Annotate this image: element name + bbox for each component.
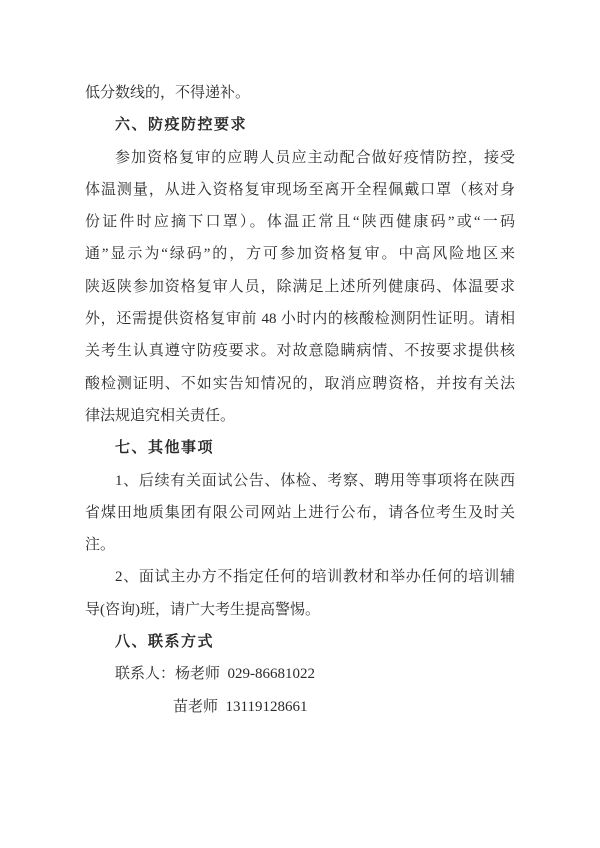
text-line: 导(咨询)班，请广大考生提高警惕。: [85, 594, 515, 626]
text-line-carryover: 低分数线的，不得递补。: [85, 77, 515, 109]
section-heading-contact-info: 八、联系方式: [85, 626, 515, 658]
text-line: 注。: [85, 529, 515, 561]
document-content: 低分数线的，不得递补。 六、防疫防控要求 参加资格复审的应聘人员应主动配合做好疫…: [85, 77, 515, 723]
text-line: 陕返陕参加资格复审人员，除满足上述所列健康码、体温要求: [85, 271, 515, 303]
text-line: 律法规追究相关责任。: [85, 400, 515, 432]
section-heading-epidemic-prevention: 六、防疫防控要求: [85, 109, 515, 141]
contact-line-yang: 联系人：杨老师 029-86681022: [85, 658, 515, 690]
text-line: 份证件时应摘下口罩）。体温正常且“陕西健康码”或“一码: [85, 206, 515, 238]
text-line-item-1: 1、后续有关面试公告、体检、考察、聘用等事项将在陕西: [85, 465, 515, 497]
text-line: 酸检测证明、不如实告知情况的，取消应聘资格，并按有关法: [85, 368, 515, 400]
text-line: 外，还需提供资格复审前 48 小时内的核酸检测阴性证明。请相: [85, 303, 515, 335]
text-line-item-2: 2、面试主办方不指定任何的培训教材和举办任何的培训辅: [85, 561, 515, 593]
contact-line-miao: 苗老师 13119128661: [85, 691, 515, 723]
text-line: 省煤田地质集团有限公司网站上进行公布，请各位考生及时关: [85, 497, 515, 529]
text-line: 关考生认真遵守防疫要求。对故意隐瞒病情、不按要求提供核: [85, 335, 515, 367]
section-heading-other-matters: 七、其他事项: [85, 432, 515, 464]
text-line: 体温测量，从进入资格复审现场至离开全程佩戴口罩（核对身: [85, 174, 515, 206]
text-line: 参加资格复审的应聘人员应主动配合做好疫情防控，接受: [85, 142, 515, 174]
text-line: 通”显示为“绿码”的，方可参加资格复审。中高风险地区来: [85, 238, 515, 270]
document-page: 低分数线的，不得递补。 六、防疫防控要求 参加资格复审的应聘人员应主动配合做好疫…: [0, 0, 600, 848]
